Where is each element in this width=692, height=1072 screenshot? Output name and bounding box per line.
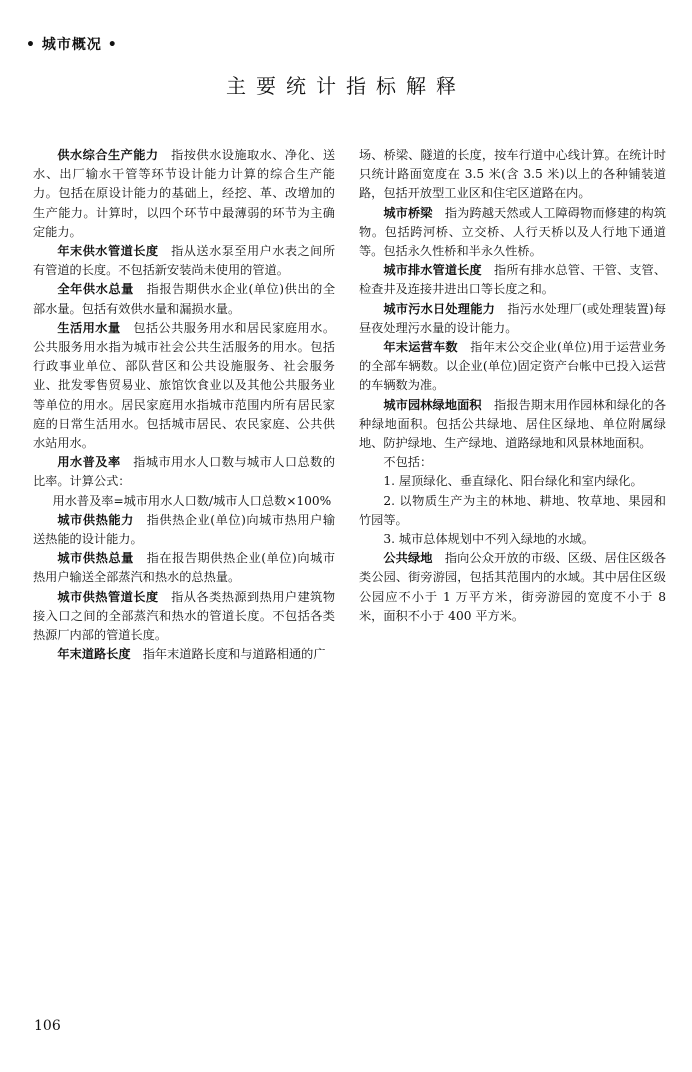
definition-paragraph: 城市供热管道长度 指从各类热源到热用户建筑物接入口之间的全部蒸汽和热水的管道长度… — [33, 588, 335, 646]
definition-paragraph: 1. 屋顶绿化、垂直绿化、阳台绿化和室内绿化。 — [359, 472, 666, 491]
term-label: 城市排水管道长度 — [383, 263, 481, 277]
term-label: 城市供热管道长度 — [57, 590, 158, 604]
section-header: • 城市概况 • — [26, 34, 118, 54]
term-label: 年末道路长度 — [57, 647, 130, 661]
term-label: 用水普及率 — [57, 455, 120, 469]
term-label: 城市供热能力 — [57, 513, 133, 527]
definition-paragraph: 场、桥梁、隧道的长度，按车行道中心线计算。在统计时只统计路面宽度在 3.5 米(… — [359, 146, 666, 204]
definition-text: 场、桥梁、隧道的长度，按车行道中心线计算。在统计时只统计路面宽度在 3.5 米(… — [359, 148, 666, 200]
definition-paragraph: 2. 以物质生产为主的林地、耕地、牧草地、果园和竹园等。 — [359, 492, 666, 530]
term-label: 城市供热总量 — [57, 551, 133, 565]
definition-text: 3. 城市总体规划中不列入绿地的水域。 — [383, 532, 594, 546]
definition-paragraph: 城市供热能力 指供热企业(单位)向城市热用户输送热能的设计能力。 — [33, 511, 335, 549]
page-title: 主要统计指标解释 — [0, 70, 692, 99]
definition-paragraph: 城市污水日处理能力 指污水处理厂(或处理装置)每昼夜处理污水量的设计能力。 — [359, 300, 666, 338]
definition-paragraph: 3. 城市总体规划中不列入绿地的水域。 — [359, 530, 666, 549]
definition-text: 不包括： — [383, 455, 432, 469]
term-label: 供水综合生产能力 — [57, 148, 158, 162]
term-label: 城市污水日处理能力 — [383, 302, 495, 316]
definition-paragraph: 供水综合生产能力 指按供水设施取水、净化、送水、出厂输水干管等环节设计能力计算的… — [33, 146, 335, 242]
definition-text: 2. 以物质生产为主的林地、耕地、牧草地、果园和竹园等。 — [359, 494, 666, 527]
definition-paragraph: 城市桥梁 指为跨越天然或人工障碍物而修建的构筑物。包括跨河桥、立交桥、人行天桥以… — [359, 204, 666, 262]
term-label: 城市桥梁 — [383, 206, 432, 220]
definition-paragraph: 不包括： — [359, 453, 666, 472]
term-label: 城市园林绿地面积 — [383, 398, 481, 412]
page-number: 106 — [34, 1018, 61, 1034]
term-label: 生活用水量 — [57, 321, 120, 335]
right-column: 场、桥梁、隧道的长度，按车行道中心线计算。在统计时只统计路面宽度在 3.5 米(… — [359, 146, 666, 626]
definition-text: 包括公共服务用水和居民家庭用水。公共服务用水指为城市社会公共生活服务的用水。包括… — [33, 321, 335, 450]
term-label: 公共绿地 — [383, 551, 432, 565]
definition-paragraph: 城市排水管道长度 指所有排水总管、干管、支管、检查井及连接井进出口等长度之和。 — [359, 261, 666, 299]
definition-paragraph: 全年供水总量 指报告期供水企业(单位)供出的全部水量。包括有效供水量和漏损水量。 — [33, 280, 335, 318]
definition-paragraph: 公共绿地 指向公众开放的市级、区级、居住区级各类公园、街旁游园，包括其范围内的水… — [359, 549, 666, 626]
definition-paragraph: 城市园林绿地面积 指报告期末用作园林和绿化的各种绿地面积。包括公共绿地、居住区绿… — [359, 396, 666, 454]
definition-text: 用水普及率=城市用水人口数/城市人口总数×100% — [53, 494, 332, 508]
definition-paragraph: 用水普及率=城市用水人口数/城市人口总数×100% — [33, 492, 335, 511]
definition-text: 1. 屋顶绿化、垂直绿化、阳台绿化和室内绿化。 — [383, 474, 642, 488]
term-label: 全年供水总量 — [57, 282, 133, 296]
definition-text: 指年末道路长度和与道路相通的广 — [131, 647, 326, 661]
definition-paragraph: 用水普及率 指城市用水人口数与城市人口总数的比率。计算公式： — [33, 453, 335, 491]
definition-paragraph: 年末运营车数 指年末公交企业(单位)用于运营业务的全部车辆数。以企业(单位)固定… — [359, 338, 666, 396]
term-label: 年末供水管道长度 — [57, 244, 158, 258]
definition-paragraph: 年末道路长度 指年末道路长度和与道路相通的广 — [33, 645, 335, 664]
definition-paragraph: 城市供热总量 指在报告期供热企业(单位)向城市热用户输送全部蒸汽和热水的总热量。 — [33, 549, 335, 587]
term-label: 年末运营车数 — [383, 340, 457, 354]
definition-paragraph: 生活用水量 包括公共服务用水和居民家庭用水。公共服务用水指为城市社会公共生活服务… — [33, 319, 335, 453]
definition-paragraph: 年末供水管道长度 指从送水泵至用户水表之间所有管道的长度。不包括新安装尚未使用的… — [33, 242, 335, 280]
left-column: 供水综合生产能力 指按供水设施取水、净化、送水、出厂输水干管等环节设计能力计算的… — [33, 146, 335, 664]
